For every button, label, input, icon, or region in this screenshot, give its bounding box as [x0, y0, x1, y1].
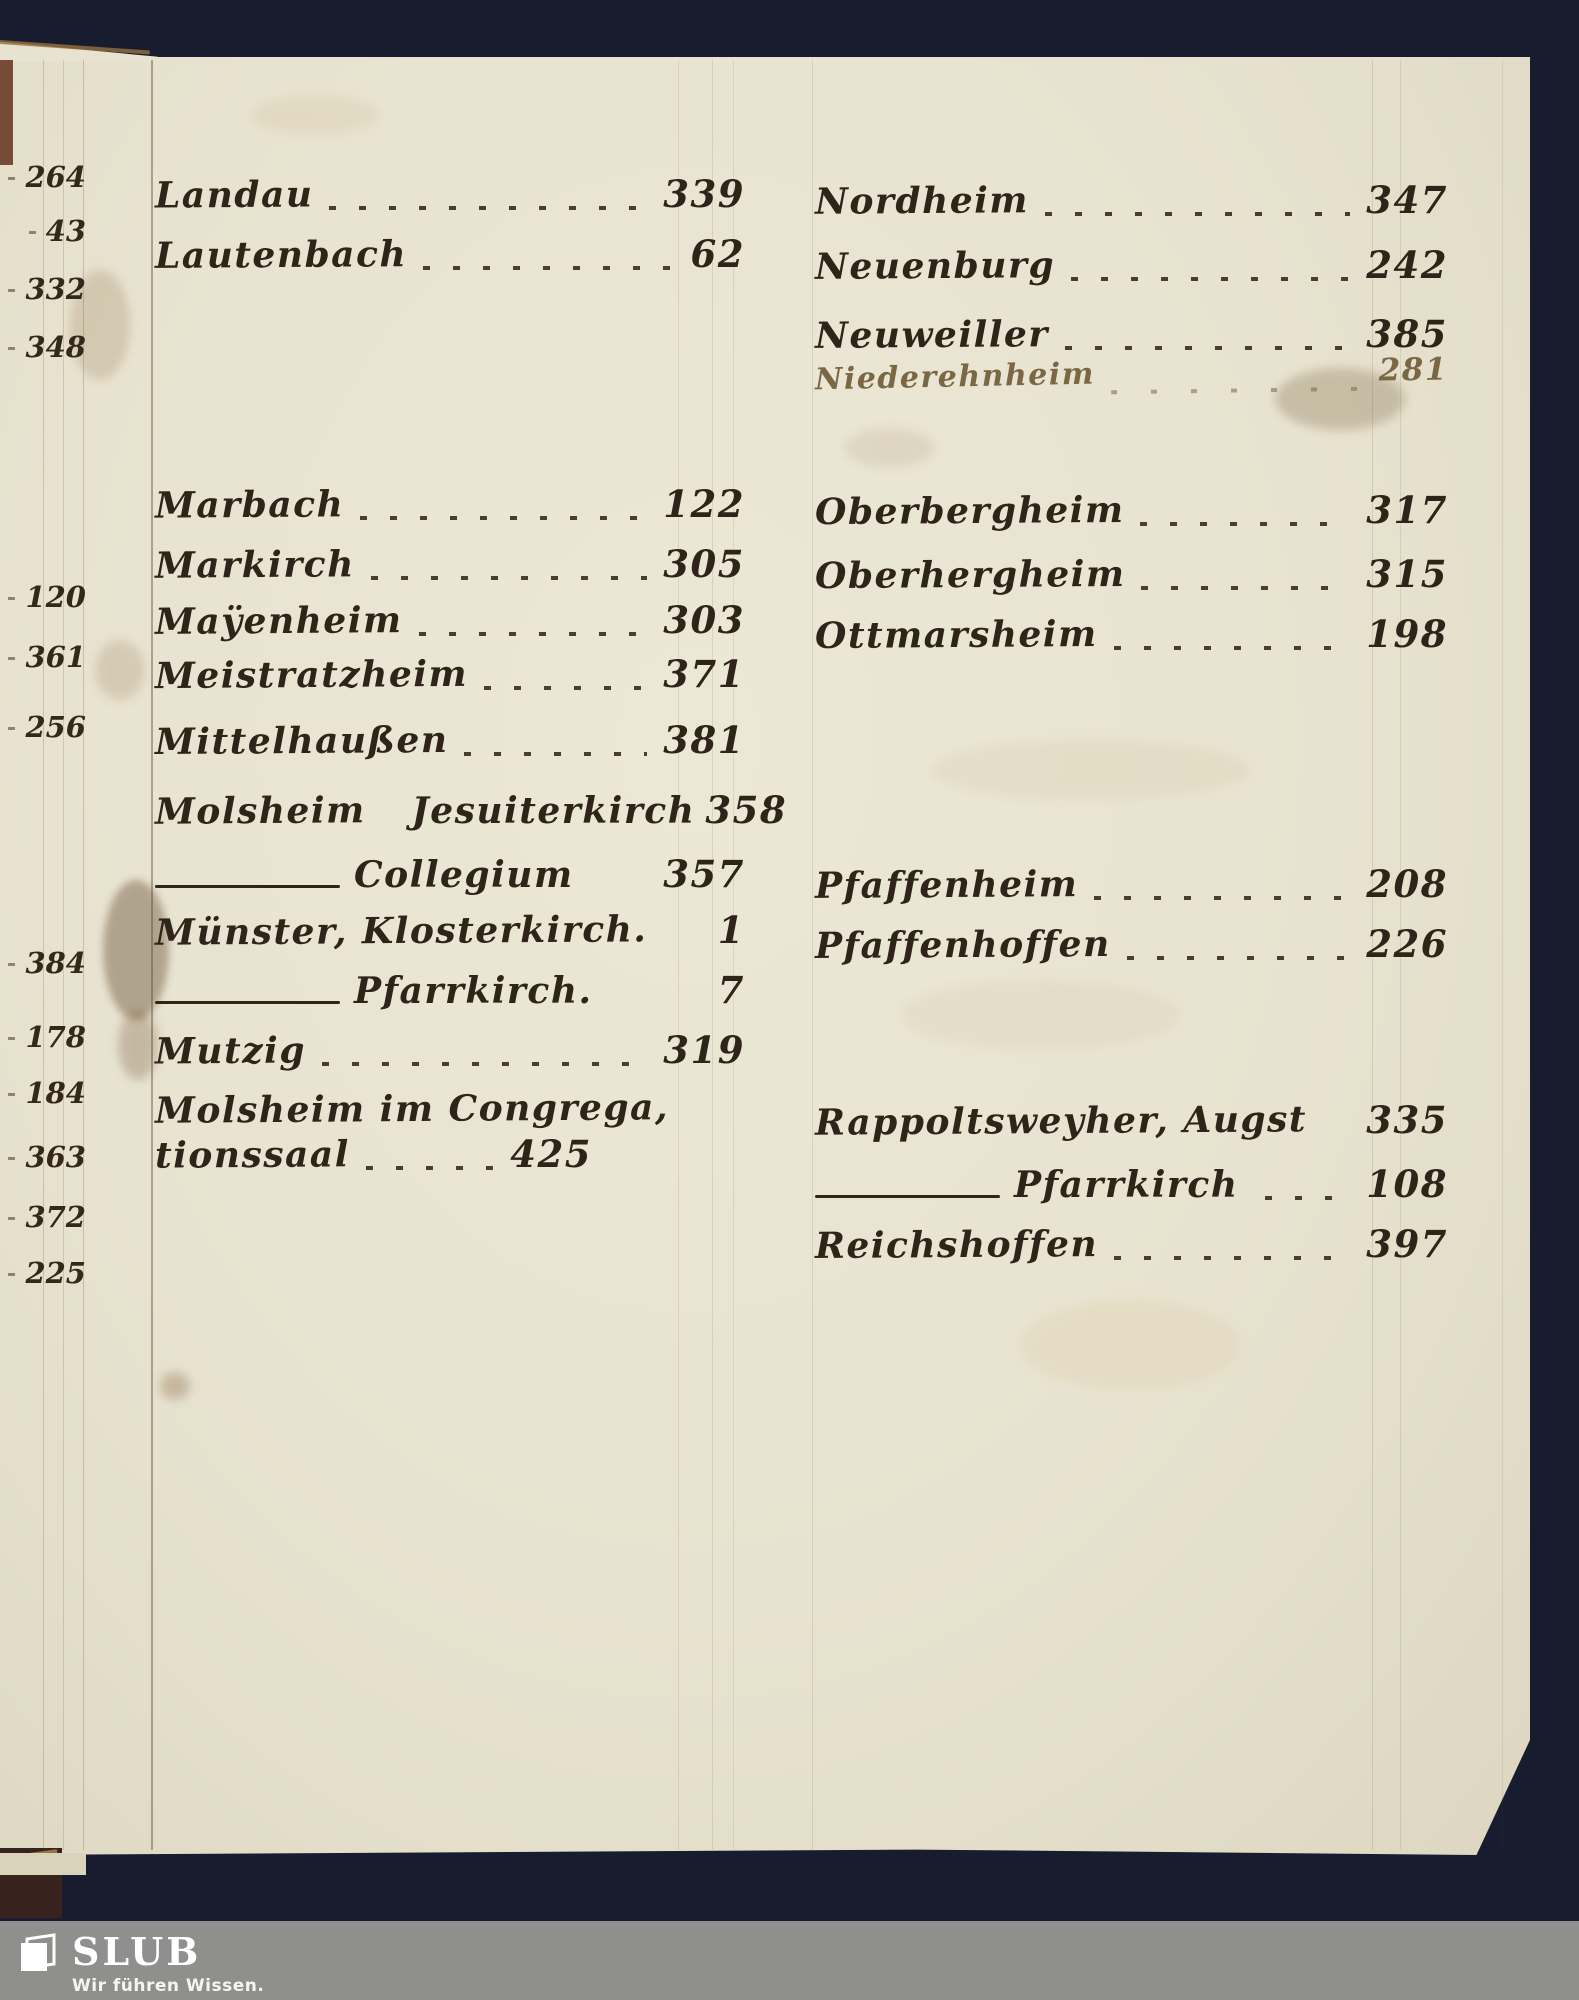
column-rule	[812, 60, 813, 1850]
bleedthrough	[900, 980, 1180, 1050]
entry-label: Landau	[155, 173, 314, 216]
entry-page-number: 122	[663, 482, 745, 526]
margin-page-number: 264	[0, 160, 86, 194]
index-entry: Mutzig319	[155, 1028, 745, 1076]
ink-smudge	[118, 1010, 158, 1080]
index-entry: MolsheimJesuiterkirch358	[155, 788, 745, 836]
entry-label: Ottmarsheim	[815, 613, 1098, 657]
book-spine-top	[0, 60, 13, 165]
index-entry: Münster, Klosterkirch.1	[155, 908, 745, 956]
index-entry: Marbach122	[155, 482, 745, 530]
index-entry: Molsheim im Congrega,	[155, 1088, 745, 1136]
dotted-leader	[1065, 346, 1350, 350]
slub-wordmark: SLUB	[72, 1933, 264, 1971]
entry-sublabel: Pfarrkirch.	[354, 970, 593, 1012]
entry-label: Molsheim	[155, 789, 366, 832]
margin-page-number: 363	[0, 1140, 86, 1174]
page-number: 225	[25, 1256, 86, 1290]
dotted-leader	[1114, 1256, 1350, 1260]
leader-dash	[8, 657, 15, 660]
entry-dash-line	[155, 885, 340, 888]
stain	[95, 640, 145, 700]
page-edge-crease	[1502, 60, 1503, 1850]
index-entry: Ottmarsheim198	[815, 612, 1448, 660]
page-number: 361	[25, 640, 86, 674]
dotted-leader	[419, 632, 648, 636]
entry-page-number: 358	[705, 788, 787, 832]
index-entry: Lautenbach62	[155, 232, 745, 280]
entry-sublabel: Collegium	[354, 854, 574, 896]
page-number: 348	[25, 330, 86, 364]
index-entry: Rappoltsweyher, Augst335	[815, 1098, 1448, 1146]
leader-dash	[8, 597, 15, 600]
index-entry: Landau339	[155, 172, 745, 220]
dotted-leader	[1265, 1196, 1351, 1200]
scan-viewport: 26443332348120361256384178184363372225 L…	[0, 0, 1579, 2000]
index-entry: Reichshoffen397	[815, 1222, 1448, 1270]
dotted-leader	[484, 686, 647, 690]
spacer	[1323, 1132, 1350, 1136]
leader-dash	[8, 1093, 15, 1096]
entry-page-number: 371	[663, 652, 745, 696]
index-entry: Markirch305	[155, 542, 745, 590]
dotted-leader	[1127, 956, 1351, 960]
margin-page-number: 120	[0, 580, 86, 614]
dotted-leader	[1071, 277, 1350, 281]
slub-tagline: Wir führen Wissen.	[72, 1976, 264, 1996]
entry-label: Oberhergheim	[815, 553, 1126, 597]
bleedthrough	[930, 740, 1250, 800]
entry-label: Pfaffenheim	[815, 863, 1079, 907]
entry-label: Lautenbach	[155, 233, 407, 277]
page-number: 184	[25, 1076, 86, 1110]
stain	[160, 1372, 190, 1400]
entry-page-number: 108	[1366, 1162, 1448, 1206]
entry-page-number: 319	[663, 1028, 745, 1072]
page-number: 120	[25, 580, 86, 614]
entry-page-number: 281	[1378, 352, 1448, 389]
entry-page-number: 381	[663, 718, 745, 762]
entry-page-number: 242	[1366, 243, 1448, 287]
index-entry: Pfarrkirch108	[815, 1162, 1448, 1210]
entry-dash-line	[155, 1001, 340, 1004]
entry-page-number: 317	[1366, 488, 1448, 532]
margin-page-number: 178	[0, 1020, 86, 1054]
margin-page-number: 256	[0, 710, 86, 744]
margin-page-number: 332	[0, 272, 86, 306]
index-entry: Oberbergheim317	[815, 488, 1448, 536]
page-number: 264	[25, 160, 86, 194]
page-number: 384	[25, 946, 86, 980]
entry-label: Maÿenheim	[155, 599, 403, 643]
leader-dash	[29, 231, 36, 234]
slub-book-icon	[18, 1933, 58, 1977]
entry-page-number: 425	[510, 1132, 592, 1176]
entry-label: Mutzig	[155, 1029, 306, 1072]
dotted-leader	[322, 1062, 647, 1066]
page-number: 372	[25, 1200, 86, 1234]
entry-sublabel: Jesuiterkirch	[412, 790, 696, 832]
entry-page-number: 385	[1366, 312, 1448, 356]
index-entry: Collegium357	[155, 852, 745, 900]
entry-label: Niederehnheim	[815, 357, 1096, 398]
index-entry: Mittelhaußen381	[155, 718, 745, 766]
margin-page-number: 372	[0, 1200, 86, 1234]
entry-label: Reichshoffen	[815, 1223, 1098, 1267]
entry-page-number: 303	[663, 598, 745, 642]
entry-label: Rappoltsweyher, Augst	[815, 1098, 1307, 1143]
page-number: 332	[25, 272, 86, 306]
margin-page-number: 348	[0, 330, 86, 364]
entry-page-number: 397	[1366, 1222, 1448, 1266]
footer-bar: SLUB Wir führen Wissen.	[0, 1921, 1579, 2000]
stain	[845, 428, 935, 468]
dotted-leader	[360, 516, 647, 520]
leader-dash	[8, 1037, 15, 1040]
margin-page-number: 384	[0, 946, 86, 980]
entry-page-number: 315	[1366, 552, 1448, 596]
dotted-leader	[1140, 522, 1350, 526]
dotted-leader	[1111, 387, 1363, 395]
margin-page-number: 43	[0, 214, 86, 248]
margin-page-number: 361	[0, 640, 86, 674]
dotted-leader	[329, 206, 647, 210]
leader-dash	[8, 963, 15, 966]
dotted-leader	[371, 576, 647, 580]
entry-label: Neuweiller	[815, 313, 1049, 357]
entry-label: Molsheim im Congrega,	[155, 1086, 669, 1132]
entry-page-number: 208	[1366, 862, 1448, 906]
margin-page-number: 225	[0, 1256, 86, 1290]
index-entry: Pfaffenheim208	[815, 862, 1448, 910]
dotted-leader	[366, 1166, 494, 1170]
entry-label: Marbach	[155, 483, 345, 526]
entry-page-number: 347	[1366, 178, 1448, 222]
leader-dash	[8, 1157, 15, 1160]
entry-page-number: 226	[1366, 922, 1448, 966]
index-entry: Maÿenheim303	[155, 598, 745, 646]
index-entry: tionssaal425	[155, 1132, 592, 1180]
entry-label: tionssaal	[155, 1133, 350, 1176]
entry-page-number: 357	[663, 852, 745, 896]
entry-label: Münster, Klosterkirch.	[155, 908, 648, 953]
index-entry: Meistratzheim371	[155, 652, 745, 700]
entry-dash-line	[815, 1195, 1000, 1198]
index-entry: Pfarrkirch.7	[155, 968, 745, 1016]
page-number: 43	[46, 214, 86, 248]
leader-dash	[8, 1273, 15, 1276]
entry-label: Pfaffenhoffen	[815, 923, 1111, 967]
dotted-leader	[1045, 212, 1350, 216]
page-number: 363	[25, 1140, 86, 1174]
entry-sublabel: Pfarrkirch	[1014, 1164, 1239, 1206]
margin-page-number: 184	[0, 1076, 86, 1110]
dotted-leader	[423, 266, 674, 270]
spacer	[600, 886, 648, 890]
page-number: 256	[25, 710, 86, 744]
entry-label: Nordheim	[815, 179, 1029, 222]
dotted-leader	[1114, 646, 1351, 650]
entry-label: Mittelhaußen	[155, 719, 449, 763]
leader-dash	[8, 347, 15, 350]
spacer	[663, 942, 701, 946]
page-edge-stack	[0, 1853, 86, 1875]
entry-page-number: 198	[1366, 612, 1448, 656]
index-entry: Oberhergheim315	[815, 552, 1448, 600]
entry-label: Markirch	[155, 543, 355, 586]
leader-dash	[8, 1217, 15, 1220]
slub-logo: SLUB Wir führen Wissen.	[18, 1933, 264, 1996]
index-entry: Niederehnheim281	[815, 352, 1449, 409]
stain	[250, 95, 380, 135]
index-entry: Pfaffenhoffen226	[815, 922, 1448, 970]
entry-label: Neuenburg	[815, 244, 1055, 288]
leader-dash	[8, 177, 15, 180]
page-number: 178	[25, 1020, 86, 1054]
entry-label: Meistratzheim	[155, 653, 468, 697]
entry-label: Oberbergheim	[815, 489, 1125, 533]
entry-page-number: 339	[663, 172, 745, 216]
index-entry: Neuenburg242	[815, 243, 1448, 291]
dotted-leader	[464, 752, 647, 756]
entry-page-number: 335	[1366, 1098, 1448, 1142]
entry-page-number: 1	[718, 908, 745, 952]
leader-dash	[8, 727, 15, 730]
dotted-leader	[1094, 896, 1350, 900]
entry-page-number: 7	[718, 968, 745, 1012]
entry-page-number: 62	[691, 232, 746, 276]
spacer	[619, 1002, 702, 1006]
dotted-leader	[1141, 586, 1350, 590]
index-entry: Nordheim347	[815, 178, 1448, 226]
entry-page-number: 305	[663, 542, 745, 586]
stain	[1020, 1300, 1240, 1390]
leader-dash	[8, 289, 15, 292]
